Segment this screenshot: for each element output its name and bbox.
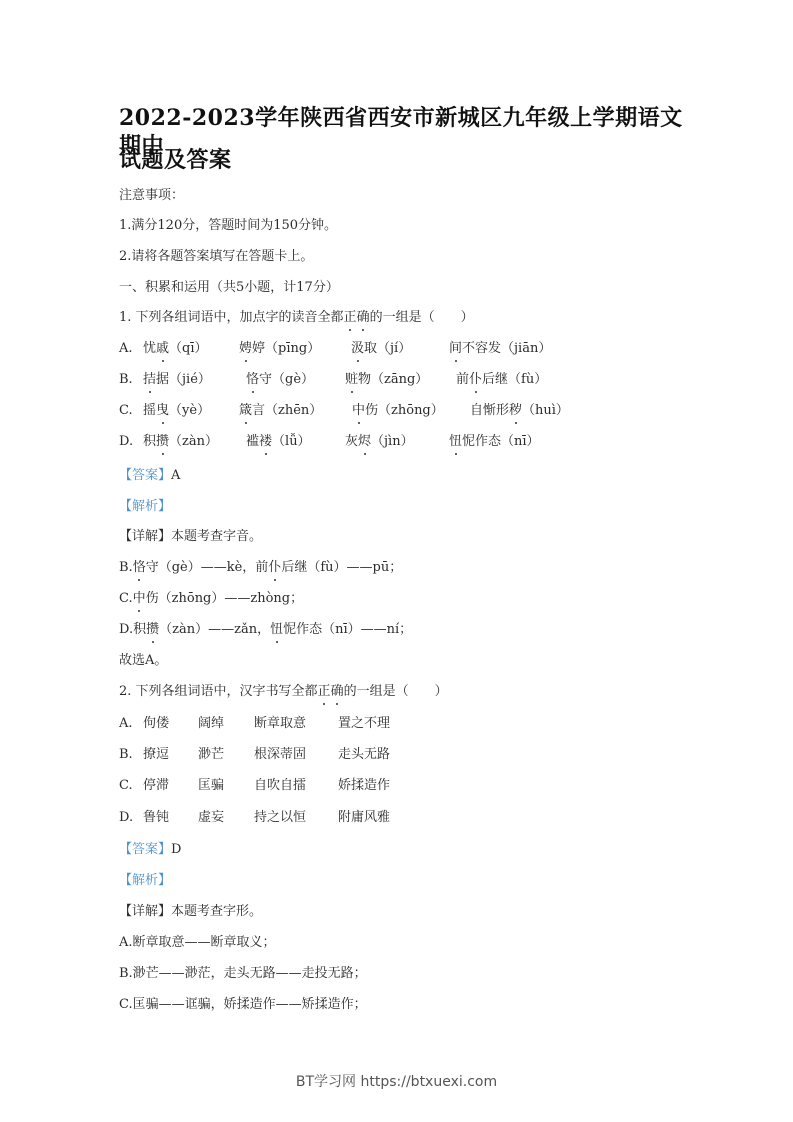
word: 褴褛（lǚ） bbox=[246, 433, 311, 451]
question-2-explanation-b: B.渺芒——渺茫，走头无路——走投无路； bbox=[119, 965, 367, 983]
word: 箴言（zhēn） bbox=[239, 402, 322, 420]
question-2-analysis-label: 【解析】 bbox=[119, 872, 171, 890]
word: 娉婷（pīng） bbox=[239, 340, 320, 358]
word: 赃物（zāng） bbox=[345, 371, 428, 389]
word: 忧戚（qī） bbox=[143, 340, 208, 358]
question-1-explanation-c: C.中伤（zhōng）——zhòng； bbox=[119, 590, 303, 608]
question-2-stem: 2. 下列各组词语中，汉字书写全都正确的一组是（ ） bbox=[119, 683, 448, 701]
word: 灰烬（jìn） bbox=[345, 433, 414, 451]
question-2-answer: 【答案】D bbox=[119, 841, 181, 859]
word: 中伤（zhōng） bbox=[352, 402, 444, 420]
question-1-analysis-label: 【解析】 bbox=[119, 498, 171, 516]
notice-item-1: 1.满分120分，答题时间为150分钟。 bbox=[119, 217, 337, 235]
word: 汲取（jí） bbox=[351, 340, 411, 358]
question-2-detail: 【详解】本题考查字形。 bbox=[119, 903, 262, 921]
question-1-stem: 1. 下列各组词语中，加点字的读音全都正确的一组是（ ） bbox=[119, 309, 474, 327]
word: 恪守（gè） bbox=[246, 371, 314, 389]
question-1-explanation-b: B.恪守（gè）——kè，前仆后继（fù）——pū； bbox=[119, 559, 402, 577]
notice-heading: 注意事项： bbox=[119, 187, 184, 205]
question-2-explanation-c: C.匡骗——诓骗，娇揉造作——矫揉造作； bbox=[119, 996, 367, 1014]
word: 摇曳（yè） bbox=[143, 402, 210, 420]
question-1-explanation-d: D.积攒（zàn）——zǎn，忸怩作态（nī）——ní； bbox=[119, 621, 412, 639]
word: 忸怩作态（nī） bbox=[449, 433, 540, 451]
question-1-detail: 【详解】本题考查字音。 bbox=[119, 528, 262, 546]
word: 积攒（zàn） bbox=[143, 433, 218, 451]
word: 间不容发（jiān） bbox=[449, 340, 551, 358]
question-1-conclusion: 故选A。 bbox=[119, 652, 167, 670]
footer-watermark: BT学习网 https://btxuexi.com bbox=[0, 1071, 793, 1091]
notice-item-2: 2.请将各题答案填写在答题卡上。 bbox=[119, 248, 313, 266]
word: 前仆后继（fù） bbox=[456, 371, 547, 389]
section-heading: 一、积累和运用（共5小题，计17分） bbox=[119, 279, 339, 297]
word: 自惭形秽（huì） bbox=[470, 402, 569, 420]
question-2-explanation-a: A.断章取意——断章取义； bbox=[119, 934, 276, 952]
document-title-line2: 试题及答案 bbox=[119, 146, 689, 174]
question-1-answer: 【答案】A bbox=[119, 467, 180, 485]
word: 拮据（jié） bbox=[143, 371, 211, 389]
